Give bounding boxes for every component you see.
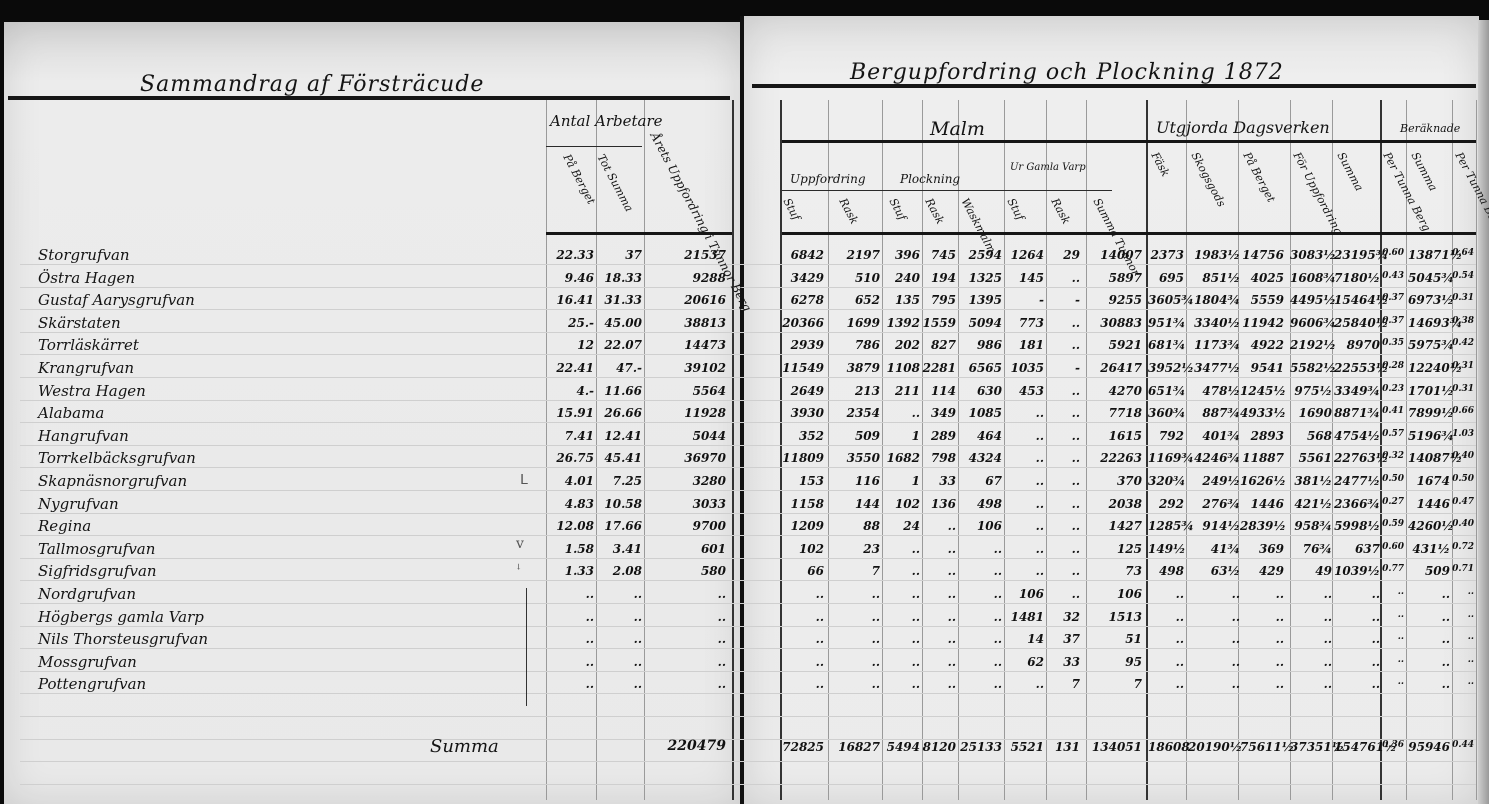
table-cell: 0.64: [1452, 248, 1474, 258]
cell-uppfordring: 39102: [650, 361, 726, 375]
mine-name: Hangrufvan: [38, 427, 129, 445]
table-cell: 145: [1004, 271, 1044, 285]
table-cell: 3930: [780, 406, 824, 420]
table-cell: 1626½: [1240, 474, 1284, 488]
table-cell: 24: [886, 519, 920, 533]
table-cell: 695: [1148, 271, 1184, 285]
table-cell: ..: [1048, 564, 1080, 578]
column-rule: [644, 100, 645, 800]
table-cell: 2373: [1148, 248, 1184, 262]
table-cell: 240: [886, 271, 920, 285]
total-cell: 25133: [958, 740, 1002, 754]
header-uppfordring-sub: Uppfordring: [790, 172, 866, 186]
table-cell: 1690: [1290, 406, 1332, 420]
bracket-line: [526, 588, 527, 706]
right-page-title: Bergupfordring och Plockning 1872: [850, 60, 1284, 85]
table-cell: 181: [1004, 338, 1044, 352]
cell-summa: ..: [596, 632, 642, 646]
table-cell: ..: [922, 632, 956, 646]
table-cell: 11942: [1240, 316, 1284, 330]
table-cell: 1158: [780, 497, 824, 511]
table-cell: ..: [1188, 655, 1240, 669]
table-cell: ..: [836, 655, 880, 669]
table-cell: ..: [780, 655, 824, 669]
cell-uppfordring: 5044: [650, 429, 726, 443]
cell-summa: ..: [596, 655, 642, 669]
table-cell: 510: [836, 271, 880, 285]
column-rule: [1146, 100, 1148, 800]
table-cell: ..: [1290, 610, 1332, 624]
table-cell: 15464½: [1334, 293, 1380, 307]
table-cell: ..: [836, 610, 880, 624]
header-rule: [546, 146, 642, 147]
table-cell: 13871½: [1408, 248, 1450, 262]
left-page-title: Sammandrag af Försträcude: [140, 72, 484, 97]
table-cell: 651¾: [1148, 384, 1184, 398]
row-rule: [20, 287, 1476, 288]
table-cell: 5998½: [1334, 519, 1380, 533]
cell-summa: 3.41: [596, 542, 642, 556]
table-cell: 6278: [780, 293, 824, 307]
table-cell: 798: [922, 451, 956, 465]
table-cell: 3429: [780, 271, 824, 285]
table-cell: ..: [1380, 632, 1404, 642]
total-cell: 154761½: [1334, 740, 1380, 754]
cell-pa_berget: 9.46: [548, 271, 594, 285]
column-rule: [958, 100, 959, 800]
table-cell: ..: [958, 542, 1002, 556]
check-mark: ꜜ: [516, 562, 521, 578]
table-cell: 3349¾: [1334, 384, 1380, 398]
table-cell: ..: [1408, 655, 1450, 669]
table-cell: 106: [1090, 587, 1142, 601]
row-rule: [20, 671, 1476, 672]
row-rule: [20, 400, 1476, 401]
table-cell: 792: [1148, 429, 1184, 443]
table-cell: 0.50: [1380, 474, 1404, 484]
table-cell: 431½: [1408, 542, 1450, 556]
cell-summa: ..: [596, 677, 642, 691]
table-cell: ..: [922, 655, 956, 669]
total-cell: 5494: [886, 740, 920, 754]
table-cell: ..: [1240, 587, 1284, 601]
table-cell: 498: [1148, 564, 1184, 578]
table-cell: 681¾: [1148, 338, 1184, 352]
table-cell: 25840½: [1334, 316, 1380, 330]
table-cell: 9541: [1240, 361, 1284, 375]
table-cell: 2939: [780, 338, 824, 352]
cell-pa_berget: 4.01: [548, 474, 594, 488]
table-cell: 0.47: [1452, 497, 1474, 507]
table-cell: 26417: [1090, 361, 1142, 375]
table-cell: ..: [958, 632, 1002, 646]
table-cell: 509: [836, 429, 880, 443]
table-cell: 2839½: [1240, 519, 1284, 533]
table-cell: 1264: [1004, 248, 1044, 262]
table-cell: 958¾: [1290, 519, 1332, 533]
table-cell: 498: [958, 497, 1002, 511]
table-cell: 2649: [780, 384, 824, 398]
cell-uppfordring: 601: [650, 542, 726, 556]
table-cell: ..: [1334, 655, 1380, 669]
table-cell: 0.37: [1380, 293, 1404, 303]
table-cell: 102: [886, 497, 920, 511]
cell-pa_berget: ..: [548, 677, 594, 691]
table-cell: ..: [1290, 587, 1332, 601]
page-edge: [1478, 20, 1489, 804]
column-rule: [882, 100, 883, 800]
table-cell: ..: [836, 677, 880, 691]
summa-label: Summa: [430, 736, 499, 757]
cell-summa: 22.07: [596, 338, 642, 352]
table-cell: 0.72: [1452, 542, 1474, 552]
cell-pa_berget: 25.-: [548, 316, 594, 330]
table-cell: 32: [1048, 610, 1080, 624]
table-cell: 73: [1090, 564, 1142, 578]
table-cell: 4495½: [1290, 293, 1332, 307]
table-cell: ..: [780, 677, 824, 691]
cell-uppfordring: 36970: [650, 451, 726, 465]
table-cell: 7: [1090, 677, 1142, 691]
total-cell: 16827: [836, 740, 880, 754]
table-cell: 88: [836, 519, 880, 533]
table-cell: 1325: [958, 271, 1002, 285]
table-cell: 5582½: [1290, 361, 1332, 375]
table-cell: ..: [1408, 677, 1450, 691]
table-cell: ..: [922, 677, 956, 691]
table-cell: 1035: [1004, 361, 1044, 375]
table-cell: ..: [1004, 497, 1044, 511]
table-cell: ..: [1380, 677, 1404, 687]
table-cell: ..: [1452, 610, 1474, 620]
table-cell: 401¾: [1188, 429, 1240, 443]
table-cell: 0.77: [1380, 564, 1404, 574]
cell-uppfordring: ..: [650, 587, 726, 601]
table-cell: 51: [1090, 632, 1142, 646]
table-cell: 0.28: [1380, 361, 1404, 371]
table-cell: 4933½: [1240, 406, 1284, 420]
table-cell: ..: [1048, 587, 1080, 601]
table-cell: 23195¾: [1334, 248, 1380, 262]
table-cell: 1615: [1090, 429, 1142, 443]
table-cell: ..: [886, 542, 920, 556]
table-cell: 3550: [836, 451, 880, 465]
table-cell: 202: [886, 338, 920, 352]
table-cell: ..: [1188, 610, 1240, 624]
table-cell: ..: [1240, 632, 1284, 646]
table-cell: ..: [886, 632, 920, 646]
table-cell: 6973½: [1408, 293, 1450, 307]
table-cell: 0.59: [1380, 519, 1404, 529]
cell-uppfordring: 5564: [650, 384, 726, 398]
table-cell: ..: [1004, 474, 1044, 488]
column-rule: [1332, 100, 1333, 800]
cell-uppfordring: 14473: [650, 338, 726, 352]
table-cell: 153: [780, 474, 824, 488]
table-cell: 773: [1004, 316, 1044, 330]
total-cell: 37351½: [1290, 740, 1332, 754]
table-cell: 0.35: [1380, 338, 1404, 348]
table-cell: 360¾: [1148, 406, 1184, 420]
table-cell: 421½: [1290, 497, 1332, 511]
total-cell: 95946: [1408, 740, 1450, 754]
cell-summa: 45.00: [596, 316, 642, 330]
table-cell: ..: [1048, 384, 1080, 398]
row-rule: [20, 693, 1476, 694]
table-cell: ..: [1452, 677, 1474, 687]
table-cell: 116: [836, 474, 880, 488]
cell-pa_berget: ..: [548, 632, 594, 646]
table-cell: ..: [1452, 587, 1474, 597]
table-cell: 320¾: [1148, 474, 1184, 488]
table-cell: ..: [1004, 406, 1044, 420]
cell-summa: 18.33: [596, 271, 642, 285]
table-cell: 49: [1290, 564, 1332, 578]
table-cell: ..: [1380, 610, 1404, 620]
table-cell: 114: [922, 384, 956, 398]
check-mark: v: [516, 536, 524, 552]
header-antal-arbetare: Antal Arbetare: [550, 112, 663, 130]
table-cell: 7180½: [1334, 271, 1380, 285]
table-cell: ..: [1004, 677, 1044, 691]
table-cell: ..: [1148, 587, 1184, 601]
cell-uppfordring: 38813: [650, 316, 726, 330]
table-cell: ..: [886, 406, 920, 420]
table-cell: ..: [1048, 316, 1080, 330]
table-cell: 0.54: [1452, 271, 1474, 281]
table-cell: 144: [836, 497, 880, 511]
table-cell: 652: [836, 293, 880, 307]
cell-summa: 37: [596, 248, 642, 262]
table-cell: 211: [886, 384, 920, 398]
table-cell: 1245½: [1240, 384, 1284, 398]
table-cell: 1392: [886, 316, 920, 330]
table-cell: ..: [1048, 338, 1080, 352]
mine-name: Regina: [38, 517, 91, 535]
table-cell: 14007: [1090, 248, 1142, 262]
table-cell: 429: [1240, 564, 1284, 578]
column-rule: [1452, 100, 1453, 800]
table-cell: 795: [922, 293, 956, 307]
column-rule: [1004, 100, 1005, 800]
cell-pa_berget: 4.83: [548, 497, 594, 511]
cell-pa_berget: 12: [548, 338, 594, 352]
book-gutter: [740, 16, 744, 804]
table-cell: 2281: [922, 361, 956, 375]
cell-summa: 31.33: [596, 293, 642, 307]
table-cell: 1983½: [1188, 248, 1240, 262]
table-cell: 914½: [1188, 519, 1240, 533]
table-cell: ..: [1408, 632, 1450, 646]
mine-name: Högbergs gamla Varp: [38, 608, 204, 626]
group-rule: [782, 140, 1476, 143]
table-cell: 464: [958, 429, 1002, 443]
total-cell: 72825: [780, 740, 824, 754]
cell-summa: 26.66: [596, 406, 642, 420]
header-ur-gamla-varp: Ur Gamla Varp: [1010, 162, 1090, 173]
table-cell: 1804¾: [1188, 293, 1240, 307]
row-rule: [20, 467, 1476, 468]
table-cell: 478½: [1188, 384, 1240, 398]
table-cell: ..: [1148, 655, 1184, 669]
table-cell: ..: [1380, 587, 1404, 597]
total-cell: 0.44: [1452, 740, 1474, 750]
table-cell: ..: [1334, 632, 1380, 646]
table-cell: 5196¾: [1408, 429, 1450, 443]
table-cell: ..: [1188, 677, 1240, 691]
table-cell: 11887: [1240, 451, 1284, 465]
table-cell: 568: [1290, 429, 1332, 443]
mine-name: Östra Hagen: [38, 269, 135, 287]
cell-summa: 10.58: [596, 497, 642, 511]
table-cell: 2893: [1240, 429, 1284, 443]
table-cell: ..: [886, 587, 920, 601]
table-cell: ..: [922, 519, 956, 533]
table-cell: ..: [1004, 519, 1044, 533]
table-cell: ..: [958, 564, 1002, 578]
table-cell: 2038: [1090, 497, 1142, 511]
mine-name: Skärstaten: [38, 314, 121, 332]
table-cell: 5045¾: [1408, 271, 1450, 285]
left-summa-total: 220479: [660, 738, 726, 754]
table-cell: 0.32: [1380, 451, 1404, 461]
row-rule: [20, 354, 1476, 355]
mine-name: Skapnäsnorgrufvan: [38, 472, 187, 490]
table-cell: 0.31: [1452, 293, 1474, 303]
table-cell: ..: [1048, 451, 1080, 465]
table-cell: 0.27: [1380, 497, 1404, 507]
mine-name: Mossgrufvan: [38, 653, 137, 671]
mine-name: Nordgrufvan: [38, 585, 136, 603]
mine-name: Torrkelbäcksgrufvan: [38, 449, 196, 467]
table-cell: 63½: [1188, 564, 1240, 578]
table-cell: 975½: [1290, 384, 1332, 398]
cell-pa_berget: ..: [548, 655, 594, 669]
table-cell: ..: [1290, 655, 1332, 669]
table-cell: 3340½: [1188, 316, 1240, 330]
table-cell: 289: [922, 429, 956, 443]
table-cell: 67: [958, 474, 1002, 488]
table-cell: ..: [886, 655, 920, 669]
table-cell: 9606¾: [1290, 316, 1332, 330]
column-rule: [1476, 100, 1477, 800]
table-cell: 1513: [1090, 610, 1142, 624]
table-cell: 1699: [836, 316, 880, 330]
table-cell: ..: [1240, 610, 1284, 624]
mine-name: Gustaf Aarysgrufvan: [38, 291, 195, 309]
table-cell: ..: [958, 587, 1002, 601]
table-cell: 0.60: [1380, 248, 1404, 258]
table-cell: 37: [1048, 632, 1080, 646]
table-cell: ..: [1004, 429, 1044, 443]
table-cell: 20366: [780, 316, 824, 330]
table-cell: 3083½: [1290, 248, 1332, 262]
table-cell: 7: [1048, 677, 1080, 691]
table-cell: 2366¾: [1334, 497, 1380, 511]
table-cell: 6842: [780, 248, 824, 262]
table-cell: 0.43: [1380, 271, 1404, 281]
table-cell: 851½: [1188, 271, 1240, 285]
column-rule: [1046, 100, 1047, 800]
cell-summa: 17.66: [596, 519, 642, 533]
column-rule: [828, 100, 829, 800]
mine-name: Tallmosgrufvan: [38, 540, 155, 558]
table-cell: -: [1048, 293, 1080, 307]
table-cell: ..: [1148, 632, 1184, 646]
table-cell: ..: [1334, 677, 1380, 691]
table-cell: 292: [1148, 497, 1184, 511]
row-rule: [20, 377, 1476, 378]
table-cell: -: [1048, 361, 1080, 375]
column-rule: [922, 100, 923, 800]
table-cell: 0.37: [1380, 316, 1404, 326]
table-cell: 11549: [780, 361, 824, 375]
table-cell: ..: [1452, 632, 1474, 642]
cell-uppfordring: ..: [650, 655, 726, 669]
table-cell: 0.40: [1452, 451, 1474, 461]
table-cell: 1446: [1408, 497, 1450, 511]
table-cell: 5921: [1090, 338, 1142, 352]
table-cell: 1209: [780, 519, 824, 533]
check-mark: ᒪ: [520, 472, 528, 488]
table-cell: 0.50: [1452, 474, 1474, 484]
cell-pa_berget: 4.-: [548, 384, 594, 398]
table-cell: 3952½: [1148, 361, 1184, 375]
row-rule: [20, 535, 1476, 536]
cell-summa: 45.41: [596, 451, 642, 465]
table-cell: 887¾: [1188, 406, 1240, 420]
table-cell: 369: [1240, 542, 1284, 556]
table-cell: 1701½: [1408, 384, 1450, 398]
table-cell: 1039½: [1334, 564, 1380, 578]
table-cell: 1169¾: [1148, 451, 1184, 465]
table-cell: 7899½: [1408, 406, 1450, 420]
table-cell: ..: [1334, 587, 1380, 601]
mine-name: Nils Thorsteusgrufvan: [38, 630, 208, 648]
row-rule: [20, 580, 1476, 581]
table-cell: ..: [1148, 677, 1184, 691]
total-cell: 8120: [922, 740, 956, 754]
table-cell: ..: [1048, 474, 1080, 488]
table-cell: 352: [780, 429, 824, 443]
table-cell: ..: [1408, 610, 1450, 624]
table-cell: 1608¾: [1290, 271, 1332, 285]
cell-uppfordring: 21537: [650, 248, 726, 262]
table-cell: 8871¾: [1334, 406, 1380, 420]
cell-pa_berget: 7.41: [548, 429, 594, 443]
table-cell: 11809: [780, 451, 824, 465]
table-cell: 3879: [836, 361, 880, 375]
table-cell: ..: [1240, 655, 1284, 669]
cell-uppfordring: 11928: [650, 406, 726, 420]
cell-pa_berget: 15.91: [548, 406, 594, 420]
table-cell: ..: [958, 655, 1002, 669]
table-cell: 0.41: [1380, 406, 1404, 416]
row-rule: [20, 716, 1476, 717]
column-rule: [1380, 100, 1382, 800]
table-cell: -: [1004, 293, 1044, 307]
cell-summa: 12.41: [596, 429, 642, 443]
table-cell: 276¾: [1188, 497, 1240, 511]
table-cell: 349: [922, 406, 956, 420]
table-cell: ..: [1188, 587, 1240, 601]
cell-uppfordring: 20616: [650, 293, 726, 307]
table-cell: 370: [1090, 474, 1142, 488]
header-utgjorda-dagsverken: Utgjorda Dagsverken: [1156, 118, 1330, 137]
table-cell: 62: [1004, 655, 1044, 669]
cell-uppfordring: ..: [650, 632, 726, 646]
row-rule: [20, 490, 1476, 491]
